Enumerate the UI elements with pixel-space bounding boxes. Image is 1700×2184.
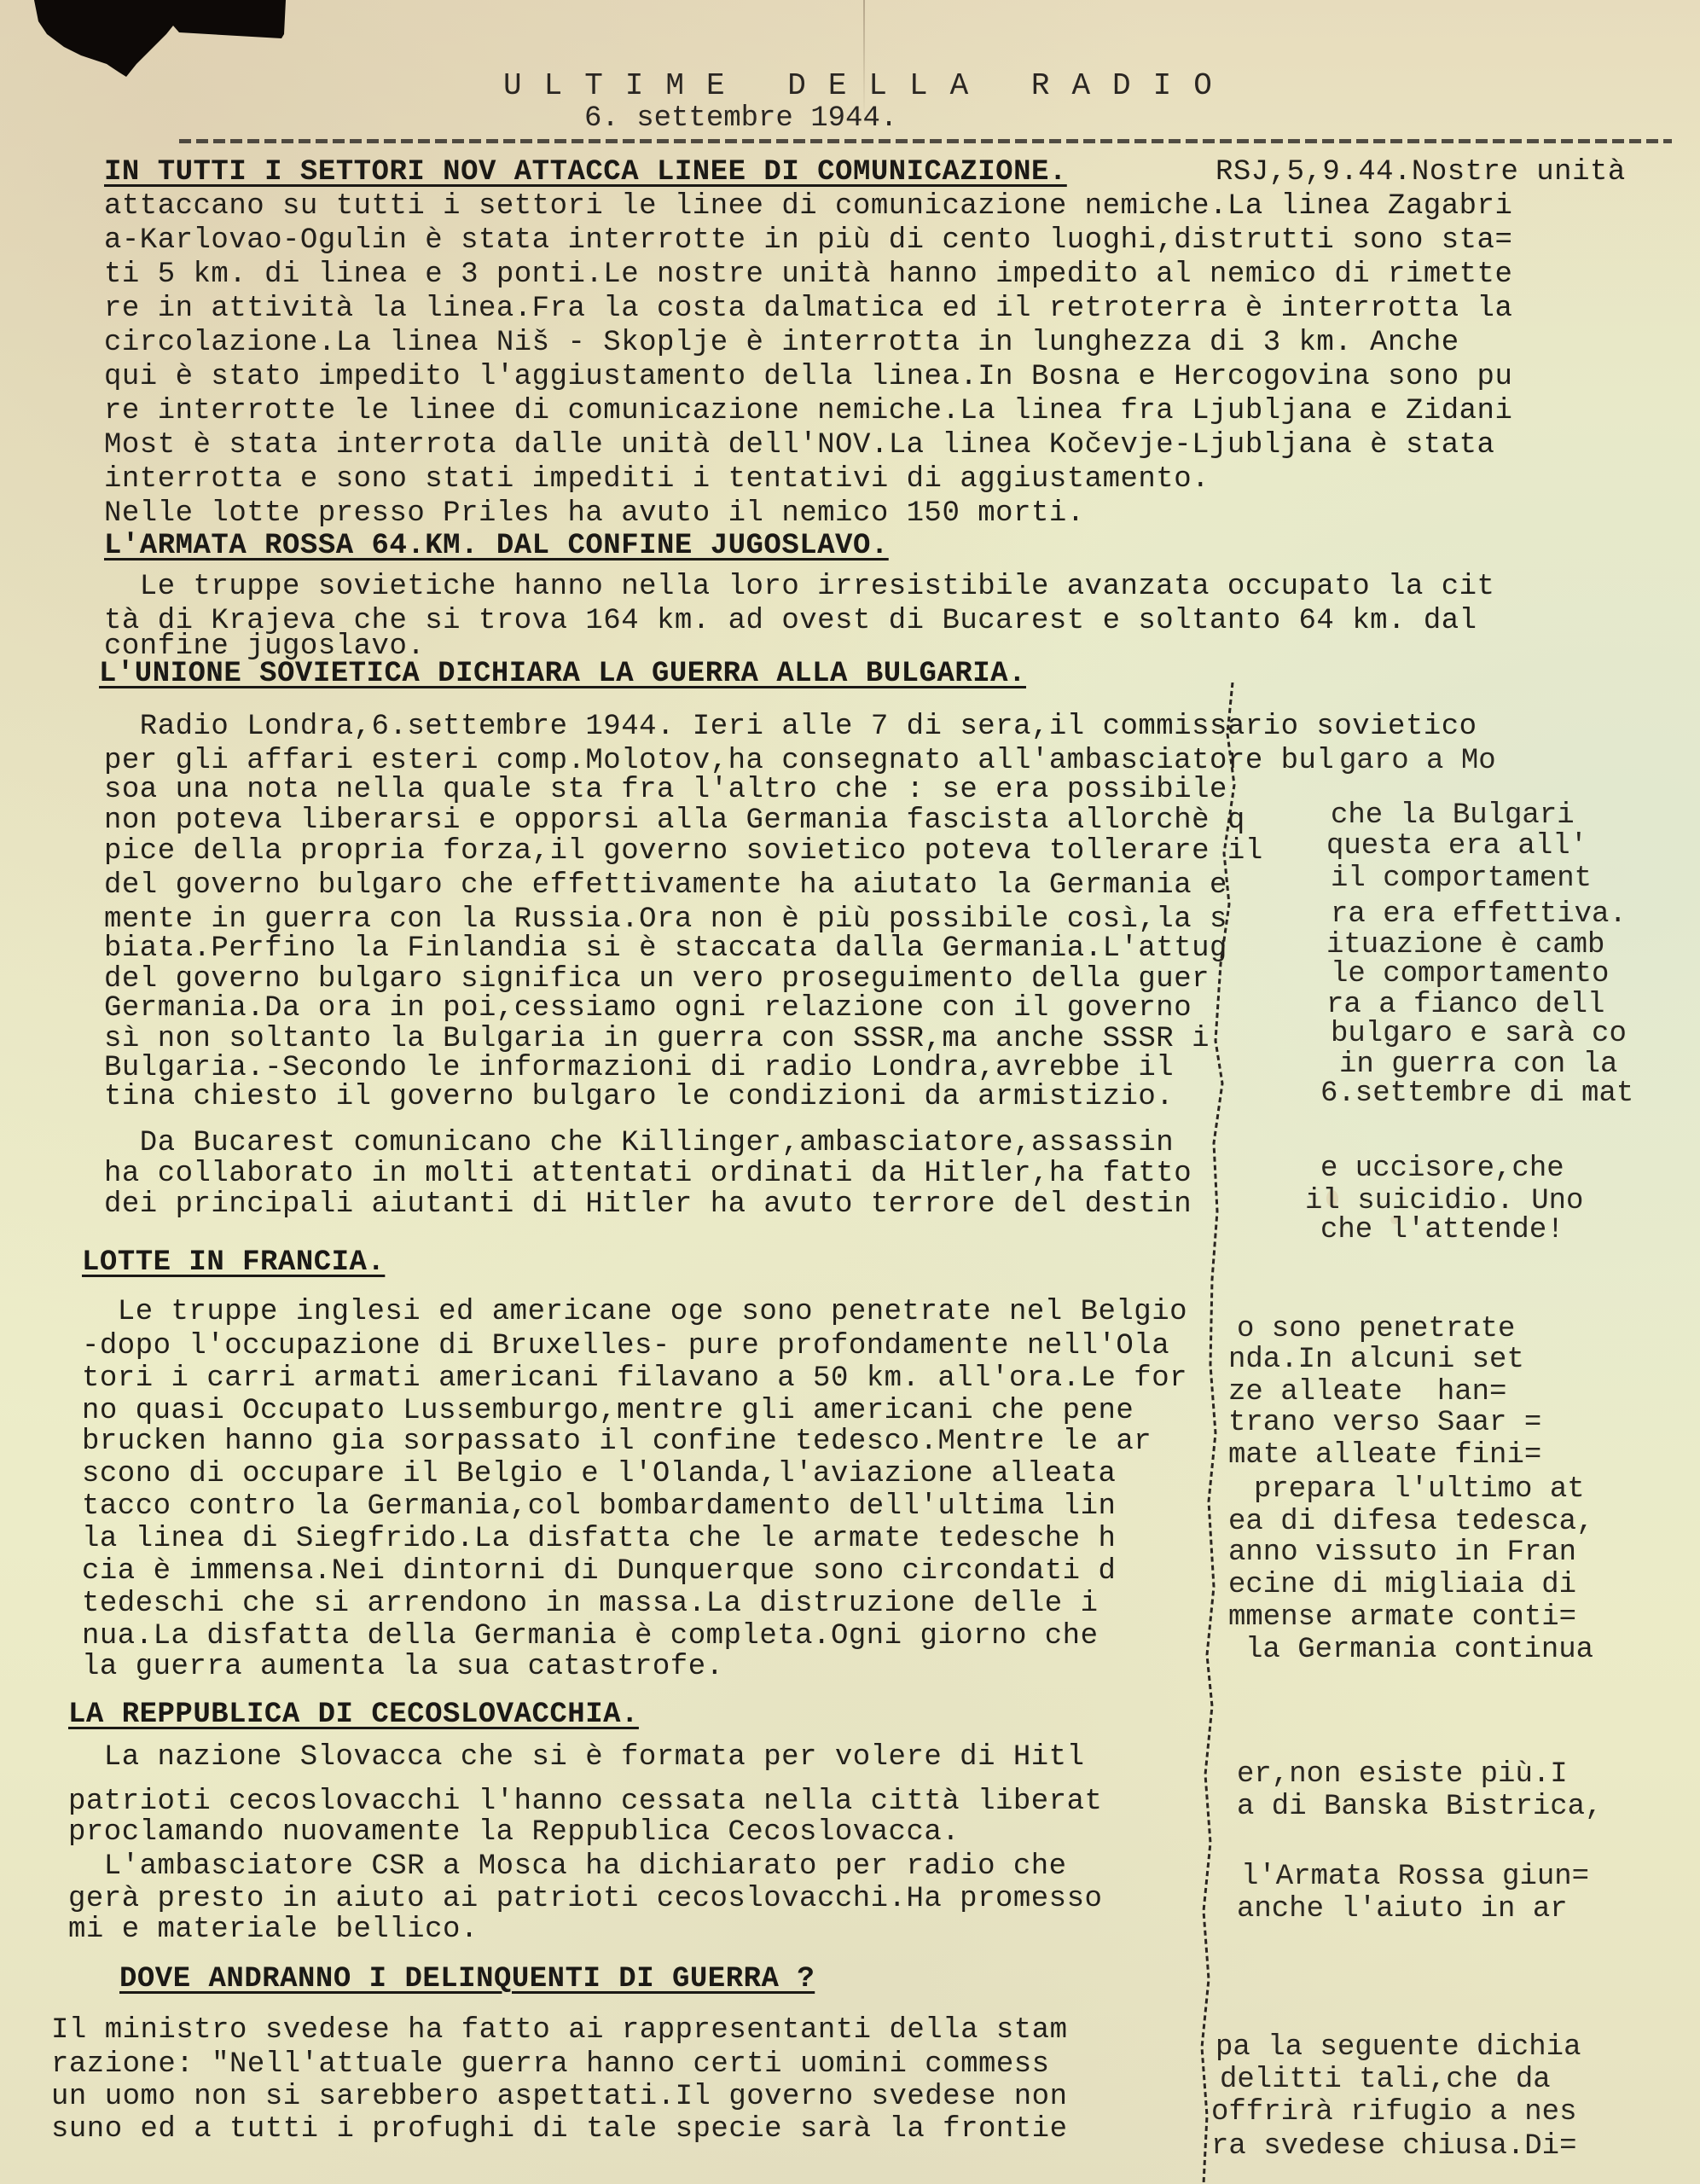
right-fragment: l'Armata Rossa giun= bbox=[1241, 1860, 1589, 1894]
text-line: Germania.Da ora in poi,cessiamo ogni rel… bbox=[104, 991, 1192, 1025]
text-line: attaccano su tutti i settori le linee di… bbox=[104, 189, 1512, 224]
text-line: nua.La disfatta della Germania è complet… bbox=[82, 1619, 1099, 1653]
text-line: tori i carri armati americani filavano a… bbox=[82, 1362, 1187, 1396]
right-fragment: 6.settembre di mat bbox=[1320, 1077, 1633, 1111]
torn-corner bbox=[0, 0, 290, 81]
right-fragment: delitti tali,che da bbox=[1220, 2063, 1551, 2097]
right-fragment: che la Bulgari bbox=[1331, 799, 1575, 833]
right-fragment: mmense armate conti= bbox=[1228, 1600, 1576, 1635]
right-fragment: questa era all' bbox=[1326, 829, 1587, 863]
section-heading: LA REPPUBLICA DI CECOSLOVACCHIA. bbox=[68, 1698, 639, 1732]
text-line: non poteva liberarsi e opporsi alla Germ… bbox=[104, 804, 1245, 838]
text-line: gerà presto in aiuto ai patrioti cecoslo… bbox=[68, 1882, 1102, 1916]
dashed-rule bbox=[179, 139, 1672, 143]
right-fragment: offrirà rifugio a nes bbox=[1211, 2095, 1576, 2129]
text-line: soa una nota nella quale sta fra l'altro… bbox=[104, 773, 1227, 807]
text-line: pice della propria forza,il governo sovi… bbox=[104, 834, 1263, 868]
text-line: circolazione.La linea Niš - Skoplje è in… bbox=[104, 326, 1459, 360]
right-fragment: ra svedese chiusa.Di= bbox=[1211, 2129, 1576, 2164]
document-title: ULTIME DELLA RADIO bbox=[503, 68, 1234, 103]
text-line: La nazione Slovacca che si è formata per… bbox=[68, 1740, 1085, 1774]
text-line: ti 5 km. di linea e 3 ponti.Le nostre un… bbox=[104, 258, 1512, 292]
right-fragment: anno vissuto in Fran bbox=[1228, 1536, 1576, 1570]
text-line: a-Karlovao-Ogulin è stata interrotte in … bbox=[104, 224, 1512, 258]
right-fragment: ra era effettiva. bbox=[1331, 897, 1627, 932]
right-fragment: mate alleate fini= bbox=[1228, 1438, 1541, 1472]
text-line: un uomo non si sarebbero aspettati.Il go… bbox=[51, 2080, 1068, 2114]
text-line: la guerra aumenta la sua catastrofe. bbox=[82, 1650, 724, 1684]
text-line: suno ed a tutti i profughi di tale speci… bbox=[51, 2112, 1068, 2146]
right-fragment: ea di difesa tedesca, bbox=[1228, 1505, 1593, 1539]
right-fragment: la Germania continua bbox=[1245, 1633, 1593, 1667]
text-line: no quasi Occupato Lussemburgo,mentre gli… bbox=[82, 1394, 1134, 1428]
text-line: tina chiesto il governo bulgaro le condi… bbox=[104, 1080, 1174, 1114]
right-fragment: bulgaro e sarà co bbox=[1331, 1017, 1627, 1051]
text-line: tedeschi che si arrendono in massa.La di… bbox=[82, 1587, 1099, 1621]
text-line: Il ministro svedese ha fatto ai rapprese… bbox=[51, 2013, 1068, 2047]
text-line: mi e materiale bellico. bbox=[68, 1913, 479, 1947]
text-line: re interrotte le linee di comunicazione … bbox=[104, 394, 1512, 428]
text-line: re in attività la linea.Fra la costa dal… bbox=[104, 292, 1512, 326]
text-line: proclamando nuovamente la Reppublica Cec… bbox=[68, 1815, 960, 1850]
text-line: Da Bucarest comunicano che Killinger,amb… bbox=[104, 1126, 1174, 1160]
text-line: patrioti cecoslovacchi l'hanno cessata n… bbox=[68, 1785, 1102, 1819]
text-line: -dopo l'occupazione di Bruxelles- pure p… bbox=[82, 1329, 1169, 1363]
right-fragment: prepara l'ultimo at bbox=[1254, 1472, 1585, 1507]
section-heading: IN TUTTI I SETTORI NOV ATTACCA LINEE DI … bbox=[104, 155, 1067, 189]
text-line: tacco contro la Germania,col bombardamen… bbox=[82, 1490, 1116, 1524]
right-fragment: garo a Mo bbox=[1339, 744, 1496, 778]
right-fragment: ecine di migliaia di bbox=[1228, 1568, 1576, 1602]
right-fragment: il comportament bbox=[1331, 862, 1592, 896]
text-line: cia è immensa.Nei dintorni di Dunquerque… bbox=[82, 1554, 1116, 1589]
text-line: ha collaborato in molti attentati ordina… bbox=[104, 1157, 1192, 1191]
text-line: RSJ,5,9.44.Nostre unità bbox=[1216, 155, 1626, 189]
right-fragment: che l'attende! bbox=[1320, 1213, 1564, 1247]
right-fragment: ze alleate han= bbox=[1228, 1375, 1506, 1409]
section-heading: L'UNIONE SOVIETICA DICHIARA LA GUERRA AL… bbox=[99, 657, 1026, 691]
right-fragment: le comportamento bbox=[1331, 957, 1609, 991]
section-heading: LOTTE IN FRANCIA. bbox=[82, 1246, 385, 1280]
text-line: biata.Perfino la Finlandia si è staccata… bbox=[104, 932, 1227, 966]
section-heading: DOVE ANDRANNO I DELINQUENTI DI GUERRA ? bbox=[119, 1962, 815, 1996]
section-heading: L'ARMATA ROSSA 64.KM. DAL CONFINE JUGOSL… bbox=[104, 529, 889, 563]
document-date: 6. settembre 1944. bbox=[584, 102, 897, 135]
text-line: del governo bulgaro che effettivamente h… bbox=[104, 868, 1227, 903]
right-fragment: nda.In alcuni set bbox=[1228, 1343, 1524, 1377]
text-line: scono di occupare il Belgio e l'Olanda,l… bbox=[82, 1457, 1116, 1491]
text-line: razione: "Nell'attuale guerra hanno cert… bbox=[51, 2047, 1050, 2082]
right-fragment: er,non esiste più.I bbox=[1237, 1757, 1568, 1792]
right-fragment: pa la seguente dichia bbox=[1216, 2030, 1581, 2065]
text-line: qui è stato impedito l'aggiustamento del… bbox=[104, 360, 1512, 394]
right-fragment: e uccisore,che bbox=[1320, 1152, 1564, 1186]
text-line: Le truppe sovietiche hanno nella loro ir… bbox=[104, 570, 1494, 604]
text-line: Most è stata interrota dalle unità dell'… bbox=[104, 428, 1494, 462]
text-line: interrotta e sono stati impediti i tenta… bbox=[104, 462, 1210, 497]
text-line: L'ambasciatore CSR a Mosca ha dichiarato… bbox=[68, 1850, 1067, 1884]
text-line: Nelle lotte presso Priles ha avuto il ne… bbox=[104, 497, 1085, 531]
right-fragment: a di Banska Bistrica, bbox=[1237, 1790, 1602, 1824]
right-fragment: anche l'aiuto in ar bbox=[1237, 1892, 1568, 1926]
right-fragment: o sono penetrate bbox=[1237, 1312, 1515, 1346]
right-fragment: trano verso Saar = bbox=[1228, 1406, 1541, 1440]
text-line: Radio Londra,6.settembre 1944. Ieri alle… bbox=[104, 710, 1477, 744]
text-line: Le truppe inglesi ed americane oge sono … bbox=[82, 1295, 1187, 1329]
text-line: dei principali aiutanti di Hitler ha avu… bbox=[104, 1188, 1192, 1222]
text-line: brucken hanno gia sorpassato il confine … bbox=[82, 1425, 1152, 1459]
text-line: la linea di Siegfrido.La disfatta che le… bbox=[82, 1522, 1116, 1556]
